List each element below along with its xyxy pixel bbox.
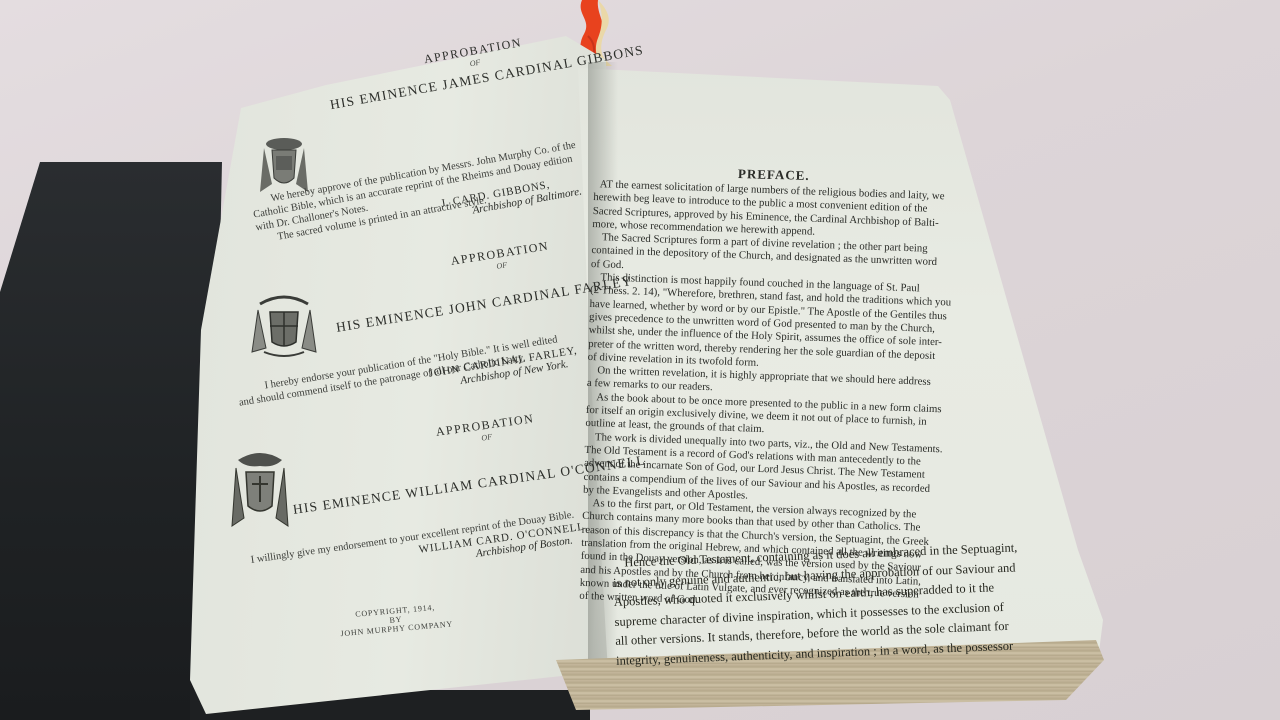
cardinal-coat-of-arms-icon bbox=[250, 290, 318, 360]
photo-scene: APPROBATION OF HIS EMINENCE JAMES CARDIN… bbox=[0, 0, 1280, 720]
preface-body-large: Hence the Old Testament, containing as i… bbox=[612, 536, 1076, 671]
preface-title: PREFACE. bbox=[738, 166, 810, 184]
cardinal-coat-of-arms-icon bbox=[230, 446, 290, 532]
